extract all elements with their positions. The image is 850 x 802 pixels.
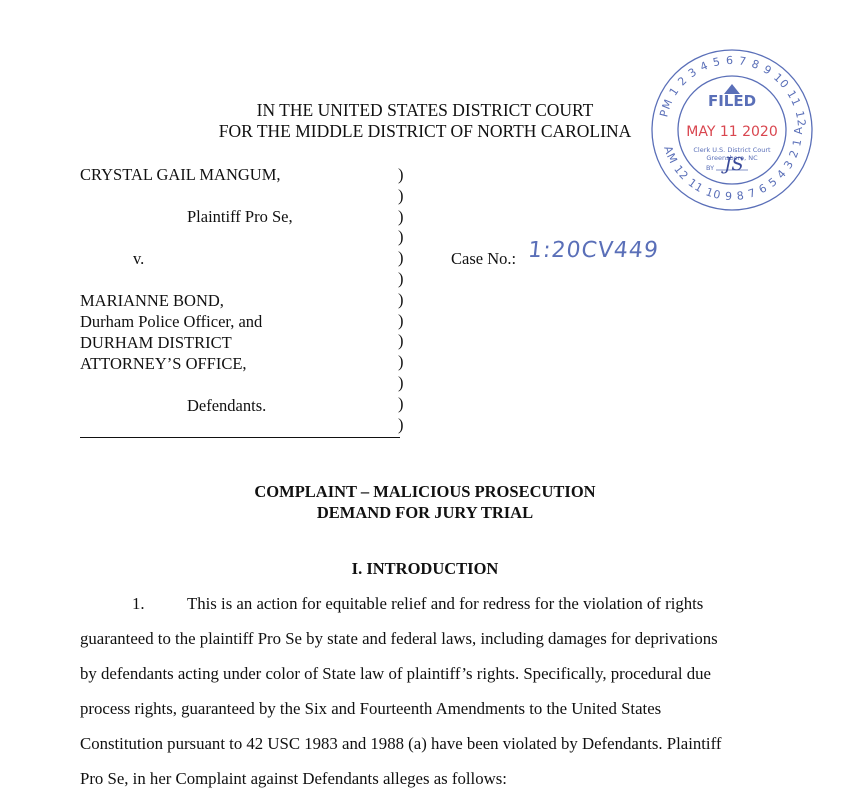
svg-text:Clerk U.S. District Court: Clerk U.S. District Court (693, 146, 771, 154)
complaint-title: COMPLAINT – MALICIOUS PROSECUTION (75, 481, 775, 502)
svg-text:BY: BY (706, 164, 714, 172)
svg-text:JS: JS (720, 154, 744, 175)
defendant-line4: ATTORNEY’S OFFICE, (80, 354, 247, 375)
caption-paren: ) (398, 352, 404, 373)
caption-paren: ) (398, 227, 404, 248)
defendant-line2: Durham Police Officer, and (80, 312, 262, 333)
caption-paren-column: ))))))))))))) (398, 165, 404, 435)
caption-paren: ) (398, 331, 404, 352)
caption-underline (80, 437, 400, 438)
defendant-line1: MARIANNE BOND, (80, 291, 224, 312)
versus: v. (133, 249, 144, 270)
defendant-role: Defendants. (187, 396, 266, 417)
caption-paren: ) (398, 415, 404, 436)
caption-paren: ) (398, 373, 404, 394)
section-heading: I. INTRODUCTION (75, 558, 775, 579)
paragraph-line: This is an action for equitable relief a… (187, 594, 703, 614)
caption-paren: ) (398, 394, 404, 415)
defendant-line3: DURHAM DISTRICT (80, 333, 232, 354)
plaintiff-name: CRYSTAL GAIL MANGUM, (80, 165, 281, 186)
court-heading-line2: FOR THE MIDDLE DISTRICT OF NORTH CAROLIN… (165, 121, 685, 142)
paragraph-number: 1. (132, 594, 145, 614)
caption-paren: ) (398, 207, 404, 228)
caption-paren: ) (398, 290, 404, 311)
plaintiff-role: Plaintiff Pro Se, (187, 207, 293, 228)
court-heading-line1: IN THE UNITED STATES DISTRICT COURT (165, 100, 685, 121)
caption-paren: ) (398, 248, 404, 269)
filed-stamp: PM 1 2 3 4 5 6 7 8 9 10 11 12 PM AM 12 1… (648, 46, 816, 214)
svg-text:FILED: FILED (708, 92, 756, 110)
case-number-label: Case No.: (451, 249, 516, 269)
caption-paren: ) (398, 311, 404, 332)
case-number-handwritten: 1:20CV449 (527, 238, 660, 263)
paragraph-line: Pro Se, in her Complaint against Defenda… (80, 769, 507, 789)
paragraph-line: process rights, guaranteed by the Six an… (80, 699, 661, 719)
paragraph-line: by defendants acting under color of Stat… (80, 664, 711, 684)
caption-paren: ) (398, 165, 404, 186)
caption-paren: ) (398, 269, 404, 290)
paragraph-line: Constitution pursuant to 42 USC 1983 and… (80, 734, 721, 754)
jury-demand-title: DEMAND FOR JURY TRIAL (75, 502, 775, 523)
caption-paren: ) (398, 186, 404, 207)
paragraph-line: guaranteed to the plaintiff Pro Se by st… (80, 629, 718, 649)
svg-text:MAY 11 2020: MAY 11 2020 (686, 124, 777, 140)
